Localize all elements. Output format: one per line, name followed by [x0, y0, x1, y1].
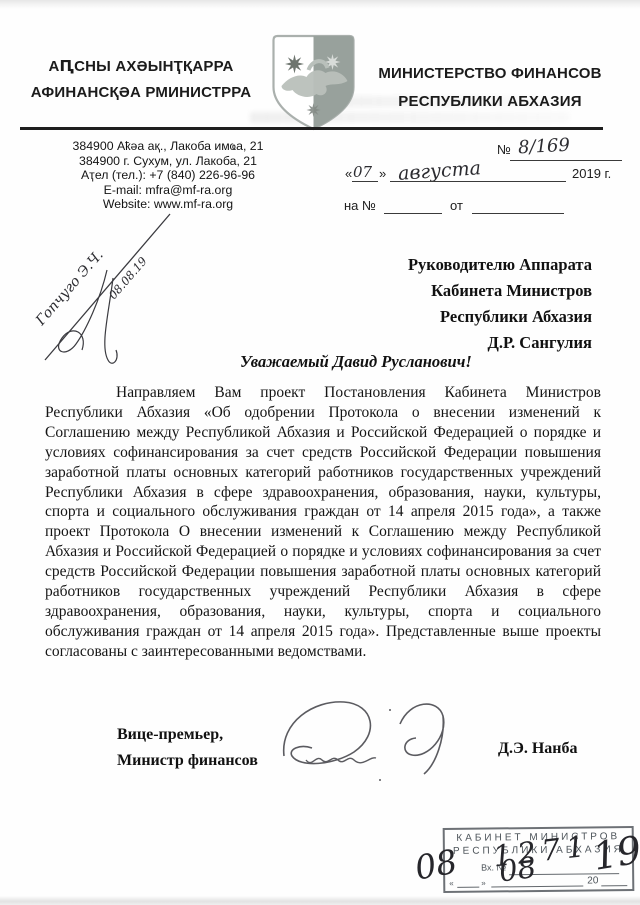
address-line: E-mail: mfra@mf-ra.org	[55, 183, 281, 198]
resolution-date: 08.08.19	[106, 254, 150, 302]
org-name-ru-line1: МИНИСТЕРСТВО ФИНАНСОВ	[352, 60, 628, 88]
stamp-quote-close: »	[481, 879, 486, 888]
org-name-ru-line2: РЕСПУБЛИКИ АБХАЗИЯ	[352, 88, 628, 116]
org-name-russian: МИНИСТЕРСТВО ФИНАНСОВ РЕСПУБЛИКИ АБХАЗИЯ	[352, 60, 628, 116]
reply-na-label: на №	[344, 198, 376, 213]
header-divider	[20, 127, 603, 130]
reply-ot-label: от	[450, 198, 463, 213]
address-line: Аҭел (тел.): +7 (840) 226-96-96	[55, 168, 281, 183]
resolution-text: Гопчуго Э.Ч.	[32, 247, 106, 329]
resolution-note: Гопчуго Э.Ч. 08.08.19	[12, 208, 187, 376]
scan-artifact-bottom	[0, 896, 640, 905]
date-year: 2019 г.	[572, 166, 611, 181]
ref-number-handwritten: 8/169	[517, 135, 570, 159]
signer-name: Д.Э. Нанба	[498, 740, 578, 758]
stamp-year-line	[601, 884, 627, 886]
incoming-stamp: КАБИНЕТ МИНИСТРОВ РЕСПУБЛИКИ АБХАЗИЯ Вх.…	[443, 826, 635, 893]
resolution-note-graphic: Гопчуго Э.Ч. 08.08.19	[12, 208, 187, 376]
stamp-day-line	[457, 886, 479, 888]
letter-body: Направляем Вам проект Постановления Каби…	[45, 383, 601, 662]
scan-artifact-top	[0, 0, 640, 9]
address-line: 384900 г. Сухум, ул. Лакоба, 21	[55, 154, 281, 169]
ref-number-label: №	[497, 142, 511, 157]
signature-scribble	[262, 692, 477, 792]
reply-date-line	[472, 212, 564, 214]
reply-number-line	[384, 212, 442, 214]
signature-icon	[262, 692, 477, 792]
date-quote-close: »	[379, 166, 386, 181]
stamp-day-handwritten: 08	[412, 844, 459, 884]
address-block: 384900 Аҟәа ақ., Лакоба имҩа, 21 384900 …	[55, 139, 281, 212]
coat-of-arms-abkhazia	[266, 33, 361, 133]
signer-title-line2: Министр финансов	[117, 748, 258, 774]
signer-title: Вице-премьер, Министр финансов	[117, 722, 258, 774]
org-name-abkhaz-line2: АФИНАНСҚӘА РМИНИСТРРА	[28, 80, 254, 106]
recipient-line: Кабинета Министров	[330, 278, 592, 304]
coat-of-arms-icon	[266, 33, 361, 133]
date-day-line	[352, 180, 378, 182]
date-quote-open: «	[345, 166, 352, 181]
salutation: Уважаемый Давид Русланович!	[240, 352, 472, 372]
org-name-abkhaz: АԤСНЫ АХӘЫНҬҚАРРА АФИНАНСҚӘА РМИНИСТРРА	[28, 54, 254, 106]
recipient-line: Руководителю Аппарата	[330, 252, 592, 278]
stamp-year-handwritten: 19	[590, 830, 640, 876]
address-line: 384900 Аҟәа ақ., Лакоба имҩа, 21	[55, 139, 281, 154]
scanned-letter-page: АԤСНЫ АХӘЫНҬҚАРРА АФИНАНСҚӘА РМИНИСТРРА	[0, 0, 640, 905]
org-name-abkhaz-line1: АԤСНЫ АХӘЫНҬҚАРРА	[28, 54, 254, 80]
recipient-line: Республики Абхазия	[330, 304, 592, 330]
recipient-block: Руководителю Аппарата Кабинета Министров…	[330, 252, 592, 356]
ref-number-line	[510, 159, 622, 161]
stamp-month-handwritten: 08	[497, 853, 537, 887]
date-month-line	[390, 180, 566, 182]
signer-title-line1: Вице-премьер,	[117, 722, 258, 748]
date-day-handwritten: 07	[353, 163, 372, 181]
